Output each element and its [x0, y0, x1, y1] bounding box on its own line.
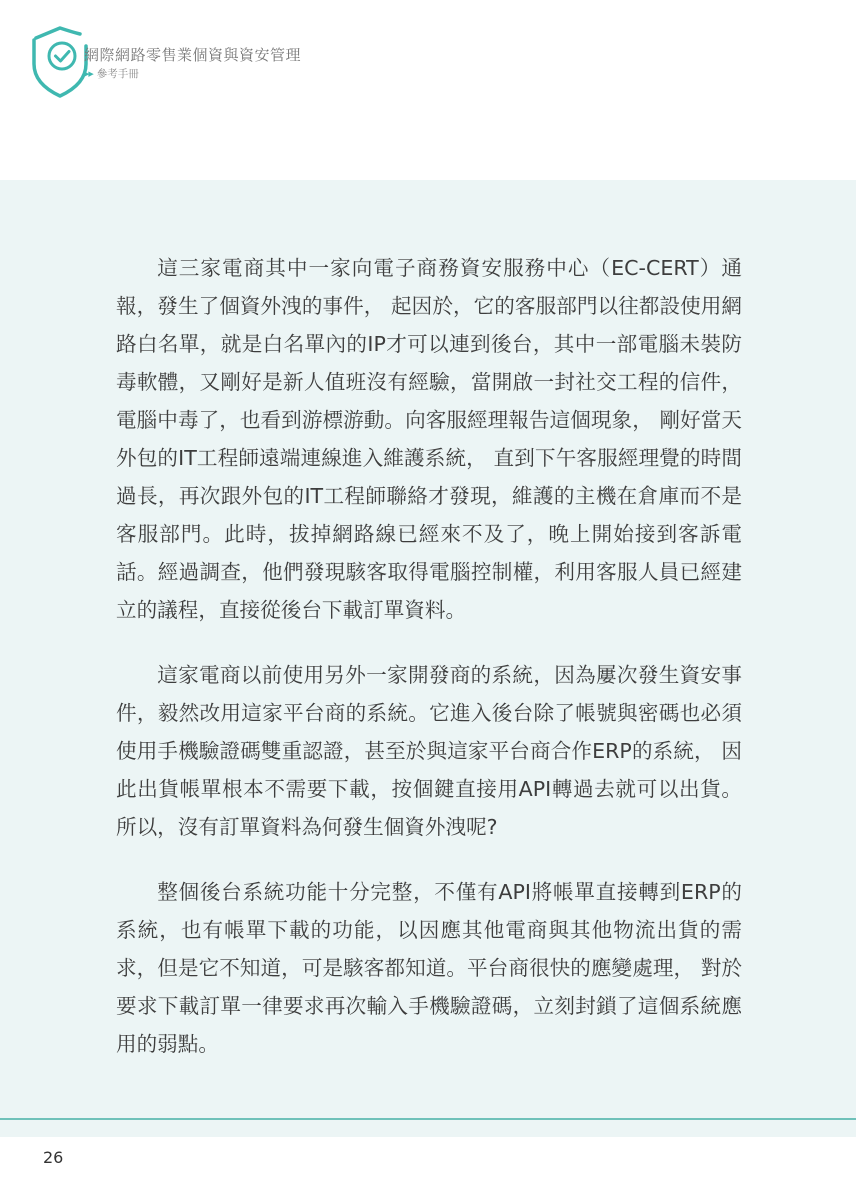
page-header: 網際網路零售業個資與資安管理 ▶▶ 參考手冊 [0, 0, 857, 180]
double-arrow-icon: ▶▶ [84, 67, 93, 81]
document-title: 網際網路零售業個資與資安管理 [84, 45, 301, 65]
paragraph: 這家電商以前使用另外一家開發商的系統，因為屢次發生資安事件，毅然改用這家平台商的… [116, 656, 742, 846]
paragraph: 這三家電商其中一家向電子商務資安服務中心（EC-CERT）通報，發生了個資外洩的… [116, 249, 742, 629]
article-body: 這三家電商其中一家向電子商務資安服務中心（EC-CERT）通報，發生了個資外洩的… [116, 249, 742, 1090]
footer-divider [0, 1118, 856, 1120]
document-subtitle: ▶▶ 參考手冊 [84, 67, 139, 81]
shield-check-icon [30, 24, 92, 100]
document-subtitle-label: 參考手冊 [97, 67, 139, 81]
paragraph: 整個後台系統功能十分完整，不僅有API將帳單直接轉到ERP的系統，也有帳單下載的… [116, 873, 742, 1063]
page-number: 26 [43, 1148, 63, 1168]
